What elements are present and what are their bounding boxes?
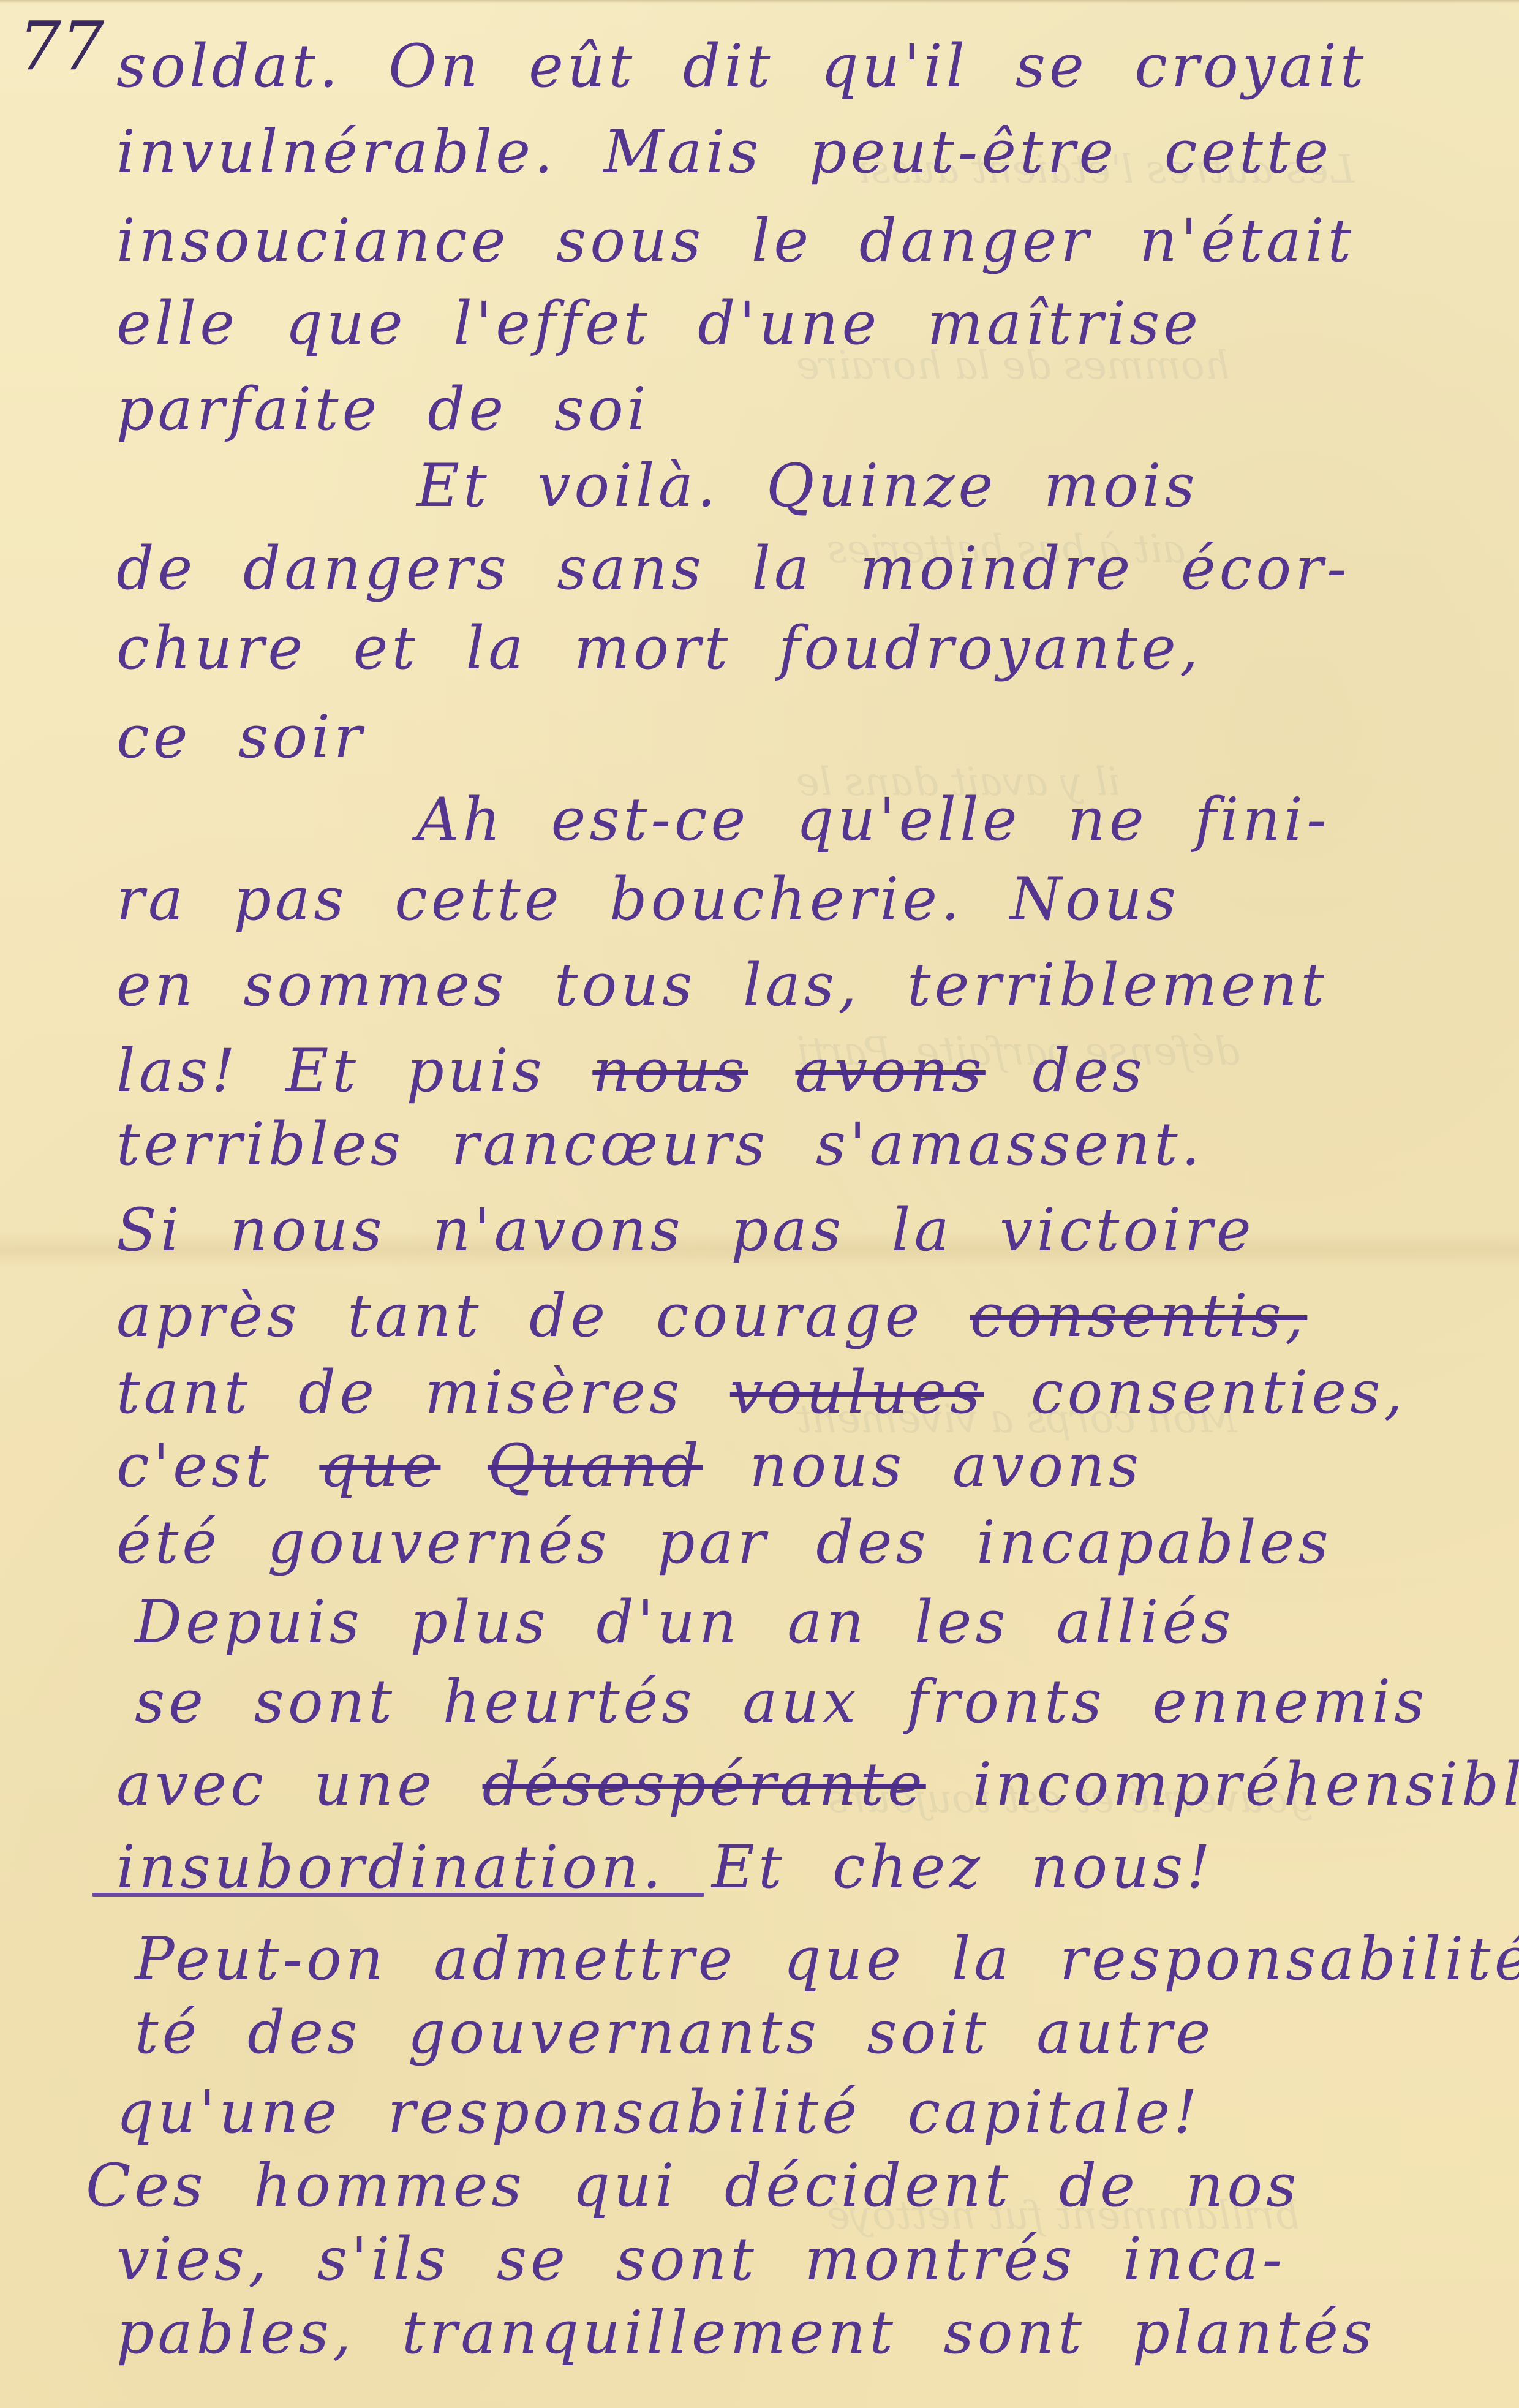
- manuscript-word: foudroyante,: [778, 614, 1202, 682]
- manuscript-word: mort: [574, 614, 731, 682]
- manuscript-word: heurtés: [443, 1667, 696, 1736]
- manuscript-word: croyait: [1134, 32, 1367, 100]
- folio-number: 77: [18, 12, 104, 80]
- manuscript-word: la: [892, 1196, 953, 1264]
- manuscript-word: nous!: [1031, 1833, 1214, 1901]
- manuscript-word: nous: [230, 1196, 386, 1264]
- manuscript-word: décident: [725, 2151, 1012, 2220]
- manuscript-word: terriblement: [907, 951, 1328, 1019]
- manuscript-word: rancœurs: [451, 1110, 769, 1179]
- manuscript-word: hommes: [254, 2151, 526, 2220]
- manuscript-line: Ces hommes qui décident de nos: [86, 2156, 1300, 2215]
- struck-word: voulues: [730, 1358, 984, 1427]
- manuscript-word: responsabilité: [388, 2078, 861, 2146]
- manuscript-word: chure: [116, 614, 306, 682]
- manuscript-word: danger: [859, 206, 1093, 275]
- manuscript-word: courage: [656, 1281, 924, 1350]
- manuscript-word: que: [285, 289, 407, 358]
- manuscript-word: pables,: [116, 2298, 355, 2367]
- manuscript-line: Si nous n'avons pas la victoire: [116, 1201, 1255, 1259]
- manuscript-word: de: [298, 1358, 378, 1427]
- manuscript-word: dangers: [243, 534, 510, 603]
- manuscript-word: On: [388, 32, 482, 100]
- manuscript-word: pas: [731, 1196, 845, 1264]
- manuscript-word: Ah: [417, 785, 504, 854]
- manuscript-word: est-ce: [551, 785, 750, 854]
- manuscript-word: Quinze: [766, 451, 997, 520]
- manuscript-word: alliés: [1056, 1588, 1234, 1656]
- manuscript-word: autre: [1036, 1998, 1214, 2067]
- manuscript-word: la: [752, 534, 813, 603]
- struck-word: Quand: [488, 1432, 703, 1500]
- manuscript-word: plantés: [1132, 2298, 1376, 2367]
- manuscript-line: parfaite de soi: [116, 380, 650, 439]
- manuscript-word: dit: [683, 32, 774, 100]
- manuscript-word: se: [1016, 32, 1088, 100]
- manuscript-word: victoire: [1000, 1196, 1254, 1264]
- manuscript-word: nous: [750, 1432, 906, 1500]
- manuscript-word: d'une: [698, 289, 880, 358]
- manuscript-word: gouvernants: [408, 1998, 820, 2067]
- manuscript-line: ce soir: [116, 708, 366, 766]
- manuscript-word: qui: [572, 2151, 677, 2220]
- manuscript-word: qu'il: [821, 32, 968, 100]
- section-rule: [92, 1893, 704, 1897]
- manuscript-word: mois: [1044, 451, 1199, 520]
- manuscript-word: s'amassent.: [816, 1110, 1204, 1179]
- struck-word: désespérante: [483, 1750, 926, 1819]
- manuscript-word: sous: [556, 206, 704, 275]
- manuscript-word: elle: [116, 289, 238, 358]
- manuscript-word: Et: [285, 1036, 360, 1105]
- manuscript-word: se: [135, 1667, 207, 1736]
- manuscript-word: chez: [832, 1833, 984, 1901]
- manuscript-word: c'est: [116, 1432, 273, 1500]
- manuscript-word: insubordination.: [116, 1833, 665, 1901]
- manuscript-line: chure et la mort foudroyante,: [116, 619, 1202, 677]
- manuscript-word: aux: [742, 1667, 859, 1736]
- manuscript-word: qu'une: [116, 2078, 341, 2146]
- manuscript-word: été: [116, 1508, 221, 1577]
- manuscript-line: en sommes tous las, terriblement: [116, 956, 1328, 1014]
- manuscript-word: n'avons: [432, 1196, 684, 1264]
- manuscript-word: après: [116, 1281, 301, 1350]
- manuscript-line: terribles rancœurs s'amassent.: [116, 1115, 1204, 1174]
- manuscript-word: des: [1032, 1036, 1146, 1105]
- manuscript-word: capitale!: [908, 2078, 1201, 2146]
- manuscript-word: ce: [116, 703, 192, 771]
- manuscript-word: vies,: [116, 2225, 271, 2293]
- manuscript-line: Depuis plus d'un an les alliés: [135, 1593, 1235, 1651]
- manuscript-word: sont: [943, 2298, 1085, 2367]
- manuscript-word: pas: [234, 865, 348, 934]
- manuscript-line: invulnérable. Mais peut-être cette: [116, 123, 1332, 181]
- manuscript-word: nos: [1186, 2151, 1300, 2220]
- manuscript-word: qu'elle: [796, 785, 1021, 854]
- manuscript-word: la: [952, 1925, 1013, 1993]
- manuscript-word: Et: [417, 451, 491, 520]
- struck-word: nous: [592, 1036, 748, 1105]
- manuscript-line: c'est que Quand nous avons: [116, 1436, 1142, 1495]
- manuscript-line: Ah est-ce qu'elle ne fini-: [417, 790, 1330, 849]
- manuscript-word: montrés: [804, 2225, 1076, 2293]
- manuscript-line: ra pas cette boucherie. Nous: [116, 870, 1180, 929]
- manuscript-line: insubordination. Et chez nous!: [116, 1838, 1214, 1897]
- manuscript-word: parfaite: [116, 375, 380, 443]
- manuscript-word: cette: [394, 865, 563, 934]
- manuscript-line: été gouvernés par des incapables: [116, 1513, 1332, 1572]
- struck-word: que: [319, 1432, 440, 1500]
- manuscript-line: las! Et puis nous avons des: [116, 1041, 1146, 1100]
- manuscript-word: peut-être: [809, 118, 1117, 186]
- manuscript-word: et: [353, 614, 419, 682]
- manuscript-word: de: [529, 1281, 609, 1350]
- manuscript-word: sommes: [243, 951, 507, 1019]
- manuscript-word: en: [116, 951, 197, 1019]
- manuscript-page: Les autres l'étaient aussi hommes de la …: [0, 0, 1519, 2408]
- manuscript-word: avons: [952, 1432, 1142, 1500]
- manuscript-word: la: [466, 614, 527, 682]
- manuscript-word: de: [428, 375, 507, 443]
- manuscript-word: puis: [406, 1036, 545, 1105]
- manuscript-word: le: [752, 206, 813, 275]
- manuscript-word: tranquillement: [402, 2298, 897, 2367]
- manuscript-word: soldat.: [116, 32, 342, 100]
- manuscript-word: insouciance: [116, 206, 510, 275]
- manuscript-line: vies, s'ils se sont montrés inca-: [116, 2230, 1286, 2289]
- manuscript-word: s'ils: [317, 2225, 450, 2293]
- struck-word: consentis,: [970, 1281, 1307, 1350]
- manuscript-line: se sont heurtés aux fronts ennemis: [135, 1672, 1428, 1731]
- manuscript-word: l'effet: [453, 289, 650, 358]
- manuscript-word: cette: [1164, 118, 1333, 186]
- manuscript-line: après tant de courage consentis,: [116, 1286, 1307, 1345]
- manuscript-line: de dangers sans la moindre écor-: [116, 539, 1351, 598]
- manuscript-word: ennemis: [1152, 1667, 1428, 1736]
- manuscript-word: terribles: [116, 1110, 404, 1179]
- manuscript-word: inca-: [1123, 2225, 1286, 2293]
- manuscript-word: des: [816, 1508, 930, 1577]
- manuscript-word: des: [247, 1998, 361, 2067]
- manuscript-word: ne: [1068, 785, 1148, 854]
- manuscript-word: Peut-on: [135, 1925, 387, 1993]
- manuscript-word: soit: [867, 1998, 989, 2067]
- manuscript-word: Et: [712, 1833, 786, 1901]
- manuscript-line: Peut-on admettre que la responsabilité: [135, 1930, 1519, 1988]
- manuscript-word: consenties,: [1031, 1358, 1406, 1427]
- manuscript-word: ra: [116, 865, 187, 934]
- manuscript-word: té: [135, 1998, 200, 2067]
- manuscript-line: avec une désespérante incompréhensible: [116, 1755, 1519, 1814]
- manuscript-word: responsabilité: [1060, 1925, 1519, 1993]
- paper-top-edge: [0, 0, 1519, 4]
- manuscript-word: moindre: [860, 534, 1134, 603]
- manuscript-word: incapables: [976, 1508, 1332, 1577]
- manuscript-line: tant de misères voulues consenties,: [116, 1363, 1406, 1422]
- manuscript-word: fini-: [1194, 785, 1330, 854]
- manuscript-word: n'était: [1139, 206, 1355, 275]
- manuscript-word: de: [1059, 2151, 1139, 2220]
- manuscript-word: soi: [554, 375, 650, 443]
- manuscript-word: plus: [410, 1588, 549, 1656]
- manuscript-word: misères: [425, 1358, 684, 1427]
- manuscript-word: incompréhensible: [973, 1750, 1519, 1819]
- struck-word: avons: [795, 1036, 985, 1105]
- manuscript-line: insouciance sous le danger n'était: [116, 211, 1355, 270]
- manuscript-word: an: [787, 1588, 867, 1656]
- manuscript-word: tant: [347, 1281, 482, 1350]
- manuscript-line: Et voilà. Quinze mois: [417, 456, 1199, 515]
- manuscript-line: pables, tranquillement sont plantés: [116, 2303, 1376, 2362]
- manuscript-word: écor-: [1181, 534, 1351, 603]
- manuscript-line: té des gouvernants soit autre: [135, 2003, 1214, 2062]
- manuscript-line: elle que l'effet d'une maîtrise: [116, 294, 1202, 353]
- manuscript-word: Nous: [1010, 865, 1180, 934]
- manuscript-word: sans: [557, 534, 705, 603]
- manuscript-word: Si: [116, 1196, 183, 1264]
- manuscript-word: par: [657, 1508, 769, 1577]
- manuscript-word: une: [314, 1750, 435, 1819]
- manuscript-word: las,: [743, 951, 861, 1019]
- manuscript-word: soir: [238, 703, 366, 771]
- manuscript-word: maîtrise: [927, 289, 1202, 358]
- manuscript-word: Mais: [603, 118, 763, 186]
- manuscript-word: sont: [616, 2225, 757, 2293]
- manuscript-word: fronts: [907, 1667, 1106, 1736]
- manuscript-word: las!: [116, 1036, 239, 1105]
- manuscript-word: invulnérable.: [116, 118, 557, 186]
- manuscript-word: boucherie.: [609, 865, 963, 934]
- manuscript-word: de: [116, 534, 196, 603]
- manuscript-word: gouvernés: [268, 1508, 611, 1577]
- manuscript-word: que: [783, 1925, 905, 1993]
- manuscript-word: admettre: [434, 1925, 736, 1993]
- manuscript-line: qu'une responsabilité capitale!: [116, 2083, 1201, 2142]
- manuscript-word: eût: [529, 32, 636, 100]
- manuscript-word: Ces: [86, 2151, 207, 2220]
- manuscript-word: avec: [116, 1750, 267, 1819]
- manuscript-word: Depuis: [135, 1588, 363, 1656]
- manuscript-line: soldat. On eût dit qu'il se croyait: [116, 37, 1367, 96]
- manuscript-word: d'un: [596, 1588, 741, 1656]
- manuscript-word: voilà.: [537, 451, 719, 520]
- manuscript-word: tant: [116, 1358, 251, 1427]
- manuscript-word: les: [914, 1588, 1009, 1656]
- manuscript-word: tous: [554, 951, 696, 1019]
- manuscript-word: sont: [254, 1667, 396, 1736]
- manuscript-word: se: [497, 2225, 569, 2293]
